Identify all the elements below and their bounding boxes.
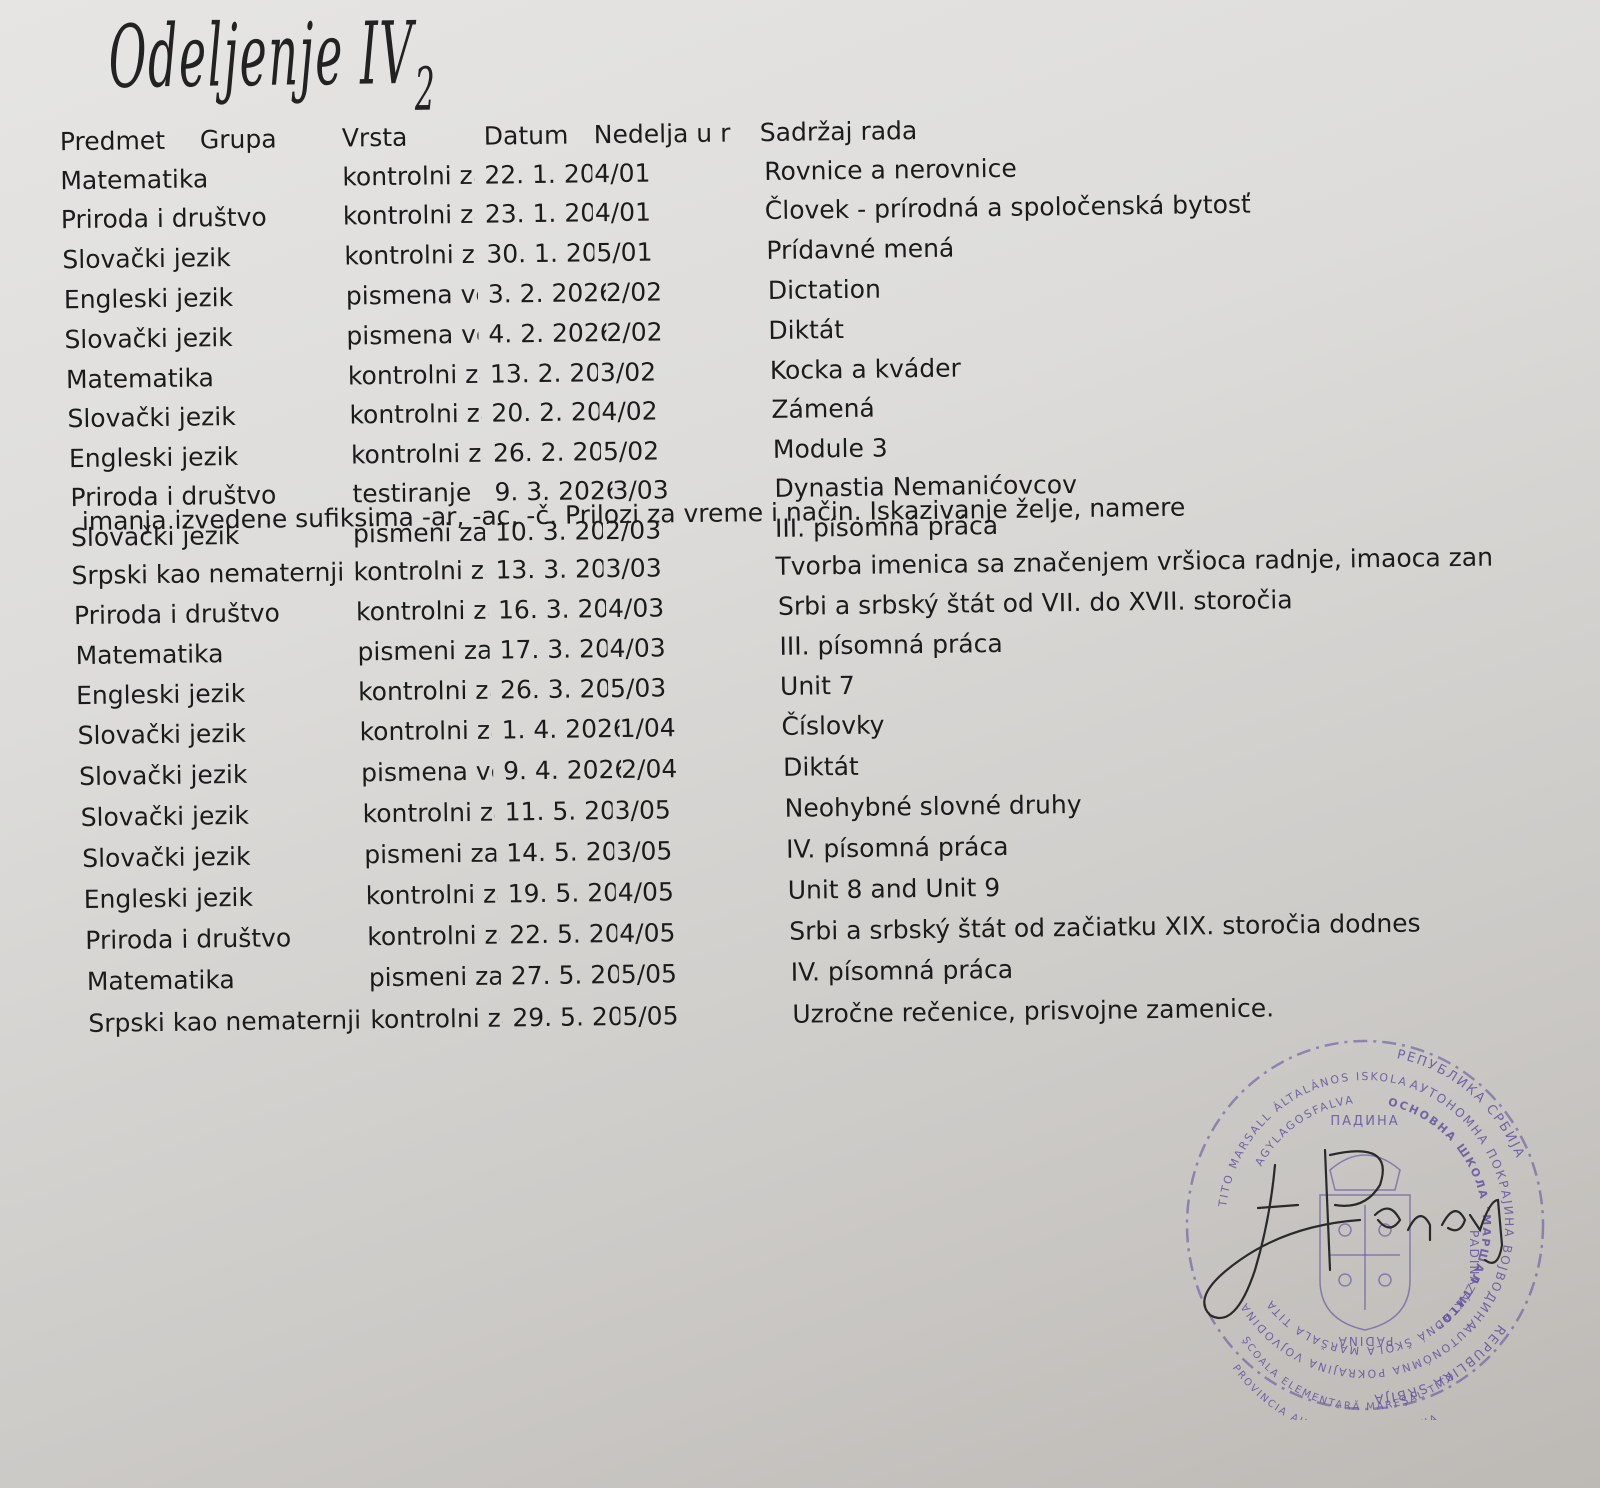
cell-sadrzaj: Uzročne rečenice, prisvojne zamenice. xyxy=(792,989,1600,1029)
stamp-center-bottom: PADINA xyxy=(1337,1334,1394,1348)
cell-datum: 3. 2. 2026. xyxy=(488,278,606,309)
handwritten-title: Odeljenje IV2 xyxy=(108,4,437,128)
table-row: Priroda i društvokontrolni zadatak22. 5.… xyxy=(27,927,28,967)
table-row: Priroda i društvotestiranje9. 3. 2026.3/… xyxy=(12,484,13,524)
cell-vrsta: kontrolni zadatak xyxy=(343,200,475,231)
cell-vrsta: kontrolni zadatak xyxy=(359,716,491,747)
cell-vrsta: pismeni zadatak xyxy=(369,962,501,993)
cell-datum: 22. 5. 2026. xyxy=(509,919,617,949)
cell-sadrzaj: Diktát xyxy=(783,742,1600,782)
cell-predmet: Matematika xyxy=(87,963,387,996)
cell-datum: 26. 3. 2026. xyxy=(500,674,608,704)
cell-predmet: Priroda i društvo xyxy=(61,201,361,234)
table-row: Slovački jezikkontrolni zadatak30. 1. 20… xyxy=(4,246,5,286)
stamp-ring-left: TITO MARSALL ÁLTALÁNOS ISKOLA xyxy=(1216,1070,1410,1209)
title-subscript: 2 xyxy=(414,56,436,125)
cell-nedelja: 5/03 xyxy=(610,672,780,703)
table-row: Slovački jezikkontrolni zadatak1. 4. 202… xyxy=(19,722,20,762)
table-row: Engleski jezikkontrolni zadatak19. 5. 20… xyxy=(26,886,27,926)
cell-vrsta: kontrolni zadatak xyxy=(370,1004,502,1035)
table-row: Priroda i društvokontrolni zadatak23. 1.… xyxy=(3,206,4,246)
table-row: Slovački jezikkontrolni zadatak11. 5. 20… xyxy=(23,804,24,844)
table-row: Engleski jezikpismena vežba3. 2. 2026.2/… xyxy=(6,286,7,326)
cell-nedelja: 2/02 xyxy=(606,276,776,307)
table-row: Matematikakontrolni zadatak13. 2. 2026.3… xyxy=(8,366,9,406)
cell-predmet: Engleski jezik xyxy=(64,281,364,314)
cell-predmet: Srpski kao nematernji xyxy=(88,1005,388,1038)
cell-datum: 22. 1. 2026. xyxy=(484,159,592,189)
cell-predmet: Slovački jezik xyxy=(79,758,379,791)
column-header-sadrzaj: Sadržaj rada xyxy=(760,107,1590,147)
cell-sadrzaj: Unit 7 xyxy=(780,661,1600,701)
cell-nedelja: 3/05 xyxy=(616,835,786,866)
cell-vrsta: pismena vežba xyxy=(346,280,478,311)
cell-sadrzaj: IV. písomná práca xyxy=(791,947,1600,987)
cell-vrsta: kontrolni zadatak xyxy=(358,676,490,707)
cell-datum: 4. 2. 2026. xyxy=(488,318,606,349)
cell-nedelja: 4/05 xyxy=(619,917,789,948)
cell-nedelja: 1/04 xyxy=(619,712,789,743)
table-row: Matematikakontrolni zadatak22. 1. 2026.4… xyxy=(2,167,3,207)
cell-vrsta: kontrolni zadatak xyxy=(356,596,488,627)
cell-sadrzaj: Kocka a kváder xyxy=(770,345,1600,385)
cell-sadrzaj: Zámená xyxy=(771,384,1600,424)
stamp-center-right: PADINA xyxy=(1467,1230,1481,1287)
cell-predmet: Slovački jezik xyxy=(62,241,362,274)
column-header-vrsta: Vrsta xyxy=(342,122,474,153)
cell-nedelja: 5/02 xyxy=(603,435,773,466)
cell-predmet: Engleski jezik xyxy=(69,440,369,473)
cell-vrsta: kontrolni zadatak xyxy=(344,240,476,271)
table-row: Matematikapismeni zadatak17. 3. 2026.4/0… xyxy=(17,642,18,682)
cell-datum: 13. 2. 2026. xyxy=(490,358,598,388)
cell-datum: 17. 3. 2026. xyxy=(499,634,607,664)
cell-predmet: Slovački jezik xyxy=(77,717,377,750)
cell-nedelja: 3/05 xyxy=(614,794,784,825)
table-row: Slovački jezikpismeni zadatak14. 5. 2026… xyxy=(24,845,25,885)
cell-predmet: Srpski kao nematernji xyxy=(71,557,371,590)
cell-datum: 27. 5. 2026. xyxy=(511,960,619,990)
table-header: Predmet Grupa Vrsta Datum Nedelja u r Sa… xyxy=(2,128,3,168)
cell-nedelja: 5/05 xyxy=(622,1000,792,1031)
cell-nedelja: 5/05 xyxy=(621,958,791,989)
cell-datum: 20. 2. 2026. xyxy=(491,397,599,427)
cell-datum: 23. 1. 2026. xyxy=(485,198,593,228)
cell-vrsta: kontrolni zadatak xyxy=(342,161,474,192)
cell-sadrzaj: Číslovky xyxy=(781,701,1600,741)
cell-sadrzaj: Neohybné slovné druhy xyxy=(784,783,1600,823)
table-row: Srpski kao nematernjikontrolni zadatak29… xyxy=(30,1010,31,1050)
stamp-center-top: ПАДИНА xyxy=(1330,1114,1399,1129)
cell-nedelja: 4/01 xyxy=(595,196,765,227)
cell-vrsta: pismeni zadatak xyxy=(357,636,489,667)
table-row: Slovački jezikpismena vežba9. 4. 2026.2/… xyxy=(21,763,22,803)
stamp-ring-left-inner: AGYLAGOSFALVA xyxy=(1252,1093,1355,1168)
column-header-grupa: Grupa xyxy=(200,124,340,155)
cell-sadrzaj: Dictation xyxy=(768,265,1598,305)
cell-nedelja: 4/01 xyxy=(594,157,764,188)
cell-nedelja: 3/03 xyxy=(605,552,775,583)
table-row: Priroda i društvokontrolni zadatak16. 3.… xyxy=(16,602,17,642)
column-header-datum: Datum xyxy=(484,120,592,150)
cell-predmet: Slovački jezik xyxy=(81,799,381,832)
cell-vrsta: kontrolni zadatak xyxy=(348,360,480,391)
cell-sadrzaj: IV. písomná práca xyxy=(786,824,1600,864)
school-stamp: РЕПУБЛИКА СРБИЈА REPUBLIKA SRBIJA АУТОНО… xyxy=(1180,1030,1550,1420)
title-text: Odeljenje IV xyxy=(108,5,415,109)
cell-predmet: Matematika xyxy=(75,637,375,670)
cell-predmet: Priroda i društvo xyxy=(85,922,385,955)
cell-nedelja: 4/05 xyxy=(618,876,788,907)
cell-sadrzaj: III. písomná práca xyxy=(779,621,1600,661)
cell-datum: 19. 5. 2026. xyxy=(508,878,616,908)
cell-sadrzaj: Diktát xyxy=(768,305,1598,345)
cell-predmet: Engleski jezik xyxy=(76,677,376,710)
cell-vrsta: kontrolni zadatak xyxy=(353,556,485,587)
cell-vrsta: kontrolni zadatak xyxy=(351,439,483,470)
signature-icon xyxy=(1204,1150,1502,1318)
cell-nedelja: 4/02 xyxy=(601,395,771,426)
cell-vrsta: pismena vežba xyxy=(361,757,493,788)
cell-datum: 1. 4. 2026. xyxy=(501,714,619,745)
cell-sadrzaj: Srbi a srbský štát od VII. do XVII. stor… xyxy=(778,581,1600,621)
coat-of-arms-icon xyxy=(1320,1155,1410,1330)
cell-datum: 26. 2. 2026. xyxy=(493,437,601,467)
cell-vrsta: pismena vežba xyxy=(346,320,478,351)
cell-datum: 9. 4. 2026. xyxy=(503,755,621,786)
cell-vrsta: kontrolni zadatak xyxy=(362,798,494,829)
cell-predmet: Engleski jezik xyxy=(84,881,384,914)
cell-predmet: Slovački jezik xyxy=(67,400,367,433)
column-header-nedelja: Nedelja u r xyxy=(594,118,762,149)
cell-predmet: Slovački jezik xyxy=(64,321,364,354)
table-row: Engleski jezikkontrolni zadatak26. 2. 20… xyxy=(11,445,12,485)
cell-nedelja: 2/02 xyxy=(606,316,776,347)
cell-sadrzaj: Človek - prírodná a spoločenská bytosť xyxy=(765,185,1595,225)
cell-vrsta: kontrolni zadatak xyxy=(367,921,499,952)
cell-vrsta: kontrolni zadatak xyxy=(349,399,481,430)
cell-nedelja: 2/04 xyxy=(621,753,791,784)
cell-predmet: Priroda i društvo xyxy=(74,597,374,630)
cell-vrsta: kontrolni zadatak xyxy=(366,880,498,911)
cell-datum: 14. 5. 2026. xyxy=(506,837,614,867)
cell-nedelja: 4/03 xyxy=(608,592,778,623)
cell-sadrzaj: Tvorba imenica sa značenjem vršioca radn… xyxy=(775,541,1600,581)
cell-sadrzaj: Rovnice a nerovnice xyxy=(764,146,1594,186)
table-row: Slovački jezikpismeni zadatak10. 3. 2026… xyxy=(13,524,14,564)
cell-predmet: Slovački jezik xyxy=(82,840,382,873)
table-row: Slovački jezikkontrolni zadatak20. 2. 20… xyxy=(9,405,10,445)
cell-sadrzaj: Module 3 xyxy=(773,424,1600,464)
cell-nedelja: 3/02 xyxy=(600,356,770,387)
cell-nedelja: 5/01 xyxy=(596,236,766,267)
cell-datum: 16. 3. 2026. xyxy=(498,594,606,624)
table-row: Slovački jezikpismena vežba4. 2. 2026.2/… xyxy=(6,326,7,366)
cell-sadrzaj: Srbi a srbský štát od začiatku XIX. stor… xyxy=(789,906,1600,946)
table-row: Srpski kao nematernjikontrolni zadatak13… xyxy=(13,562,14,602)
table-row: Matematikapismeni zadatak27. 5. 2026.5/0… xyxy=(29,968,30,1008)
cell-datum: 30. 1. 2026. xyxy=(486,238,594,268)
cell-datum: 11. 5. 2026. xyxy=(504,796,612,826)
table-row: Engleski jezikkontrolni zadatak26. 3. 20… xyxy=(18,682,19,722)
cell-predmet: Matematika xyxy=(60,162,360,195)
cell-sadrzaj: Prídavné mená xyxy=(766,225,1596,265)
cell-datum: 13. 3. 2026. xyxy=(495,554,603,584)
cell-sadrzaj: Unit 8 and Unit 9 xyxy=(788,865,1600,905)
cell-vrsta: pismeni zadatak xyxy=(364,839,496,870)
cell-datum: 29. 5. 2026. xyxy=(512,1002,620,1032)
cell-predmet: Matematika xyxy=(66,361,366,394)
cell-nedelja: 4/03 xyxy=(609,632,779,663)
